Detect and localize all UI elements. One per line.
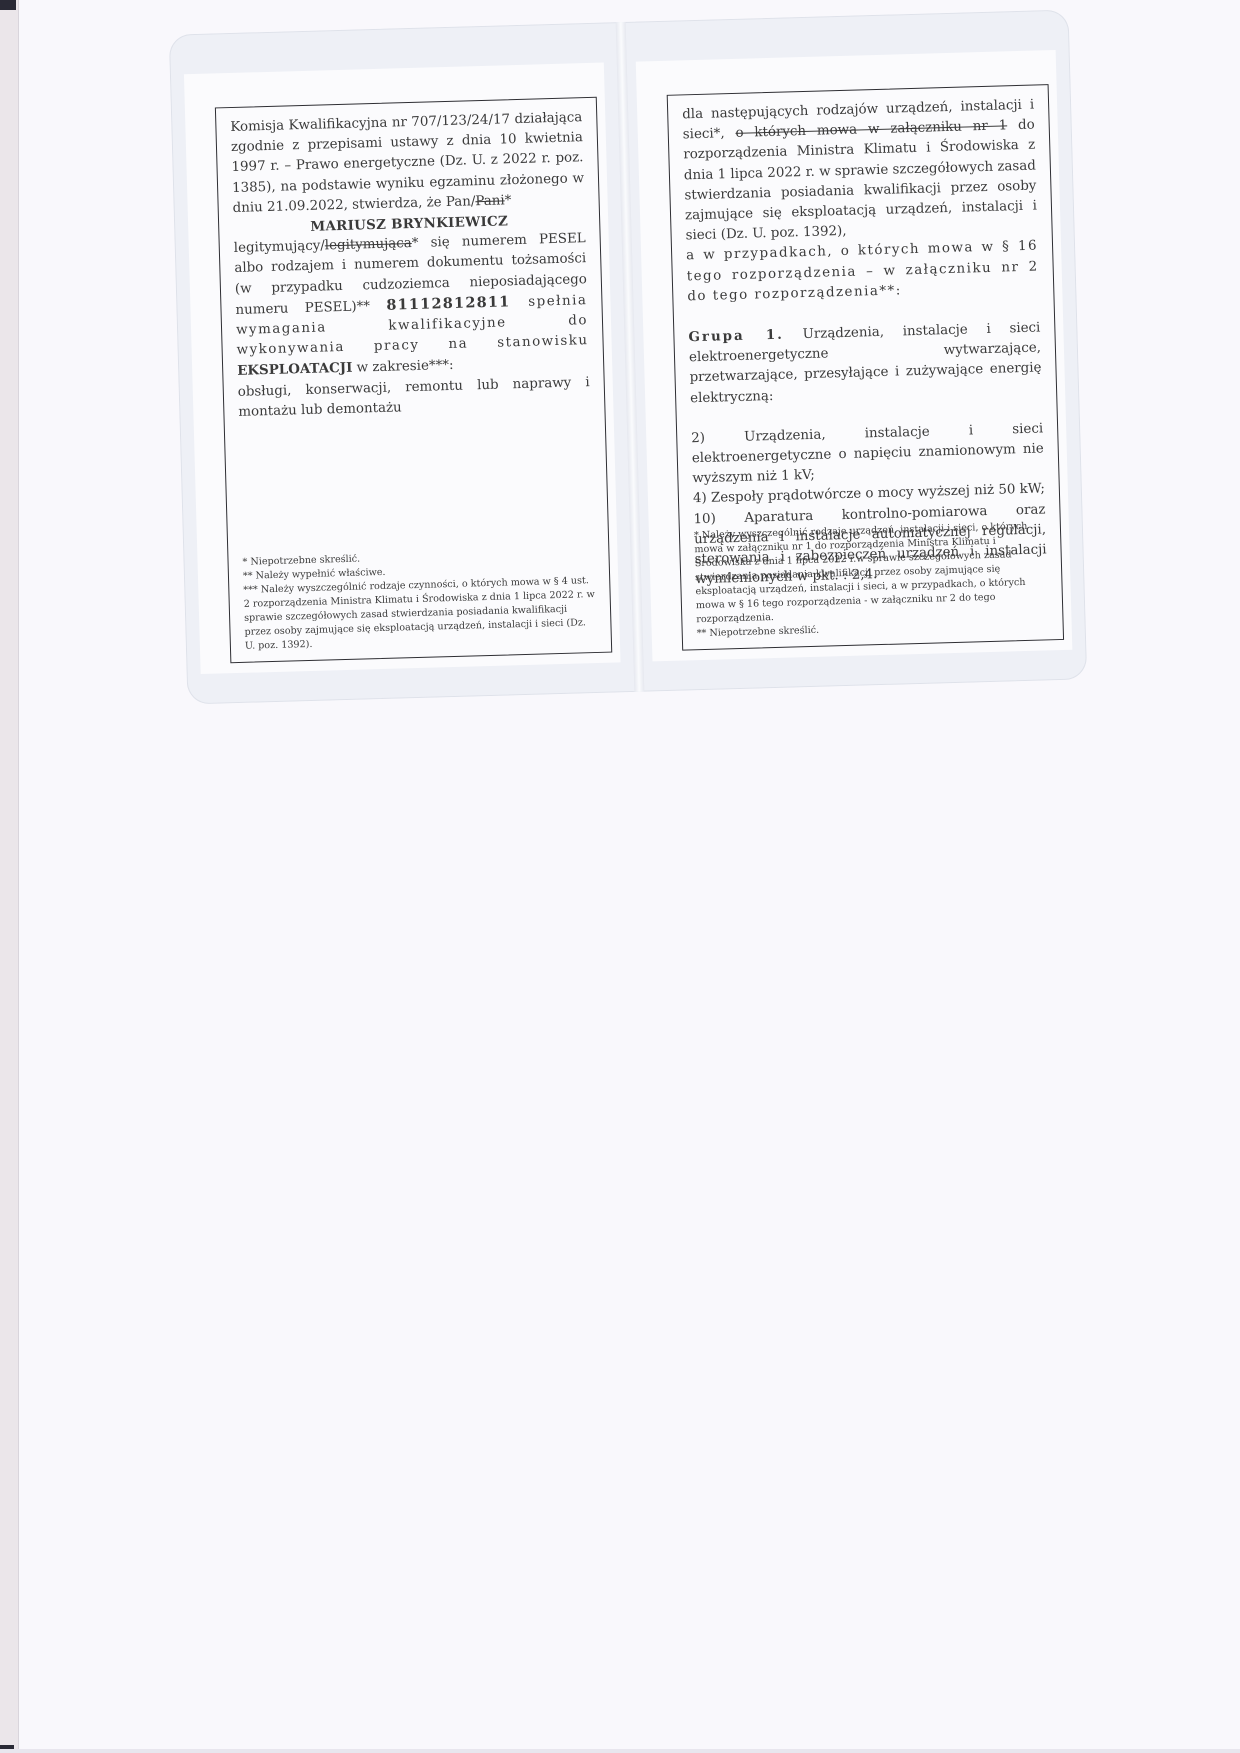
scan-bottom-edge <box>0 1749 1240 1753</box>
right-page-frame: dla następujących rodzajów urządzeń, ins… <box>667 84 1064 650</box>
scan-corner-mark <box>0 0 16 10</box>
exam-date: 21.09.2022 <box>267 198 344 215</box>
asterisk: * <box>504 193 511 208</box>
group-heading: Grupa 1. Urządzenia, instalacje i sieci … <box>688 318 1042 410</box>
pesel-number: 81112812811 <box>386 293 511 313</box>
group-label: Grupa 1. <box>688 327 784 346</box>
right-intro: dla następujących rodzajów urządzeń, ins… <box>682 96 1038 247</box>
struck-title: Pani <box>475 193 505 209</box>
intro-struck: o których mowa w załączniku nr 1 <box>735 119 1007 142</box>
identified-kept: legitymujący/ <box>234 239 325 257</box>
certificate-body: Komisja Kwalifikacyjna nr 707/123/24/17 … <box>230 108 585 219</box>
left-footnotes: * Niepotrzebne skreślić. ** Należy wypeł… <box>242 546 597 654</box>
footnote: * Należy wyszczególnić rodzaje urządzeń,… <box>694 519 1049 627</box>
footnote: *** Należy wyszczególnić rodzaje czynnoś… <box>243 574 597 654</box>
scope-item: 2) Urządzenia, instalacje i sieci elektr… <box>691 419 1045 489</box>
certifies-text: , stwierdza, że Pan/ <box>343 194 475 213</box>
identity-text: legitymujący/legitymująca* się numerem P… <box>234 229 590 382</box>
right-footnotes: * Należy wyszczególnić rodzaje urządzeń,… <box>694 519 1049 641</box>
position-name: EKSPLOATACJI <box>237 360 353 379</box>
certificate-right-page: dla następujących rodzajów urządzeń, ins… <box>636 50 1073 661</box>
scope-label: w zakresie***: <box>352 358 454 376</box>
certificate-left-page: Komisja Kwalifikacyjna nr 707/123/24/17 … <box>184 63 621 674</box>
scan-edge-strip <box>0 0 19 1753</box>
certificate-card-sleeve: Komisja Kwalifikacyjna nr 707/123/24/17 … <box>169 10 1087 705</box>
left-page-frame: Komisja Kwalifikacyjna nr 707/123/24/17 … <box>215 97 612 663</box>
identified-struck: legitymująca <box>325 236 412 253</box>
intro-c: a w przypadkach, o których mowa w § 16 t… <box>686 237 1040 307</box>
